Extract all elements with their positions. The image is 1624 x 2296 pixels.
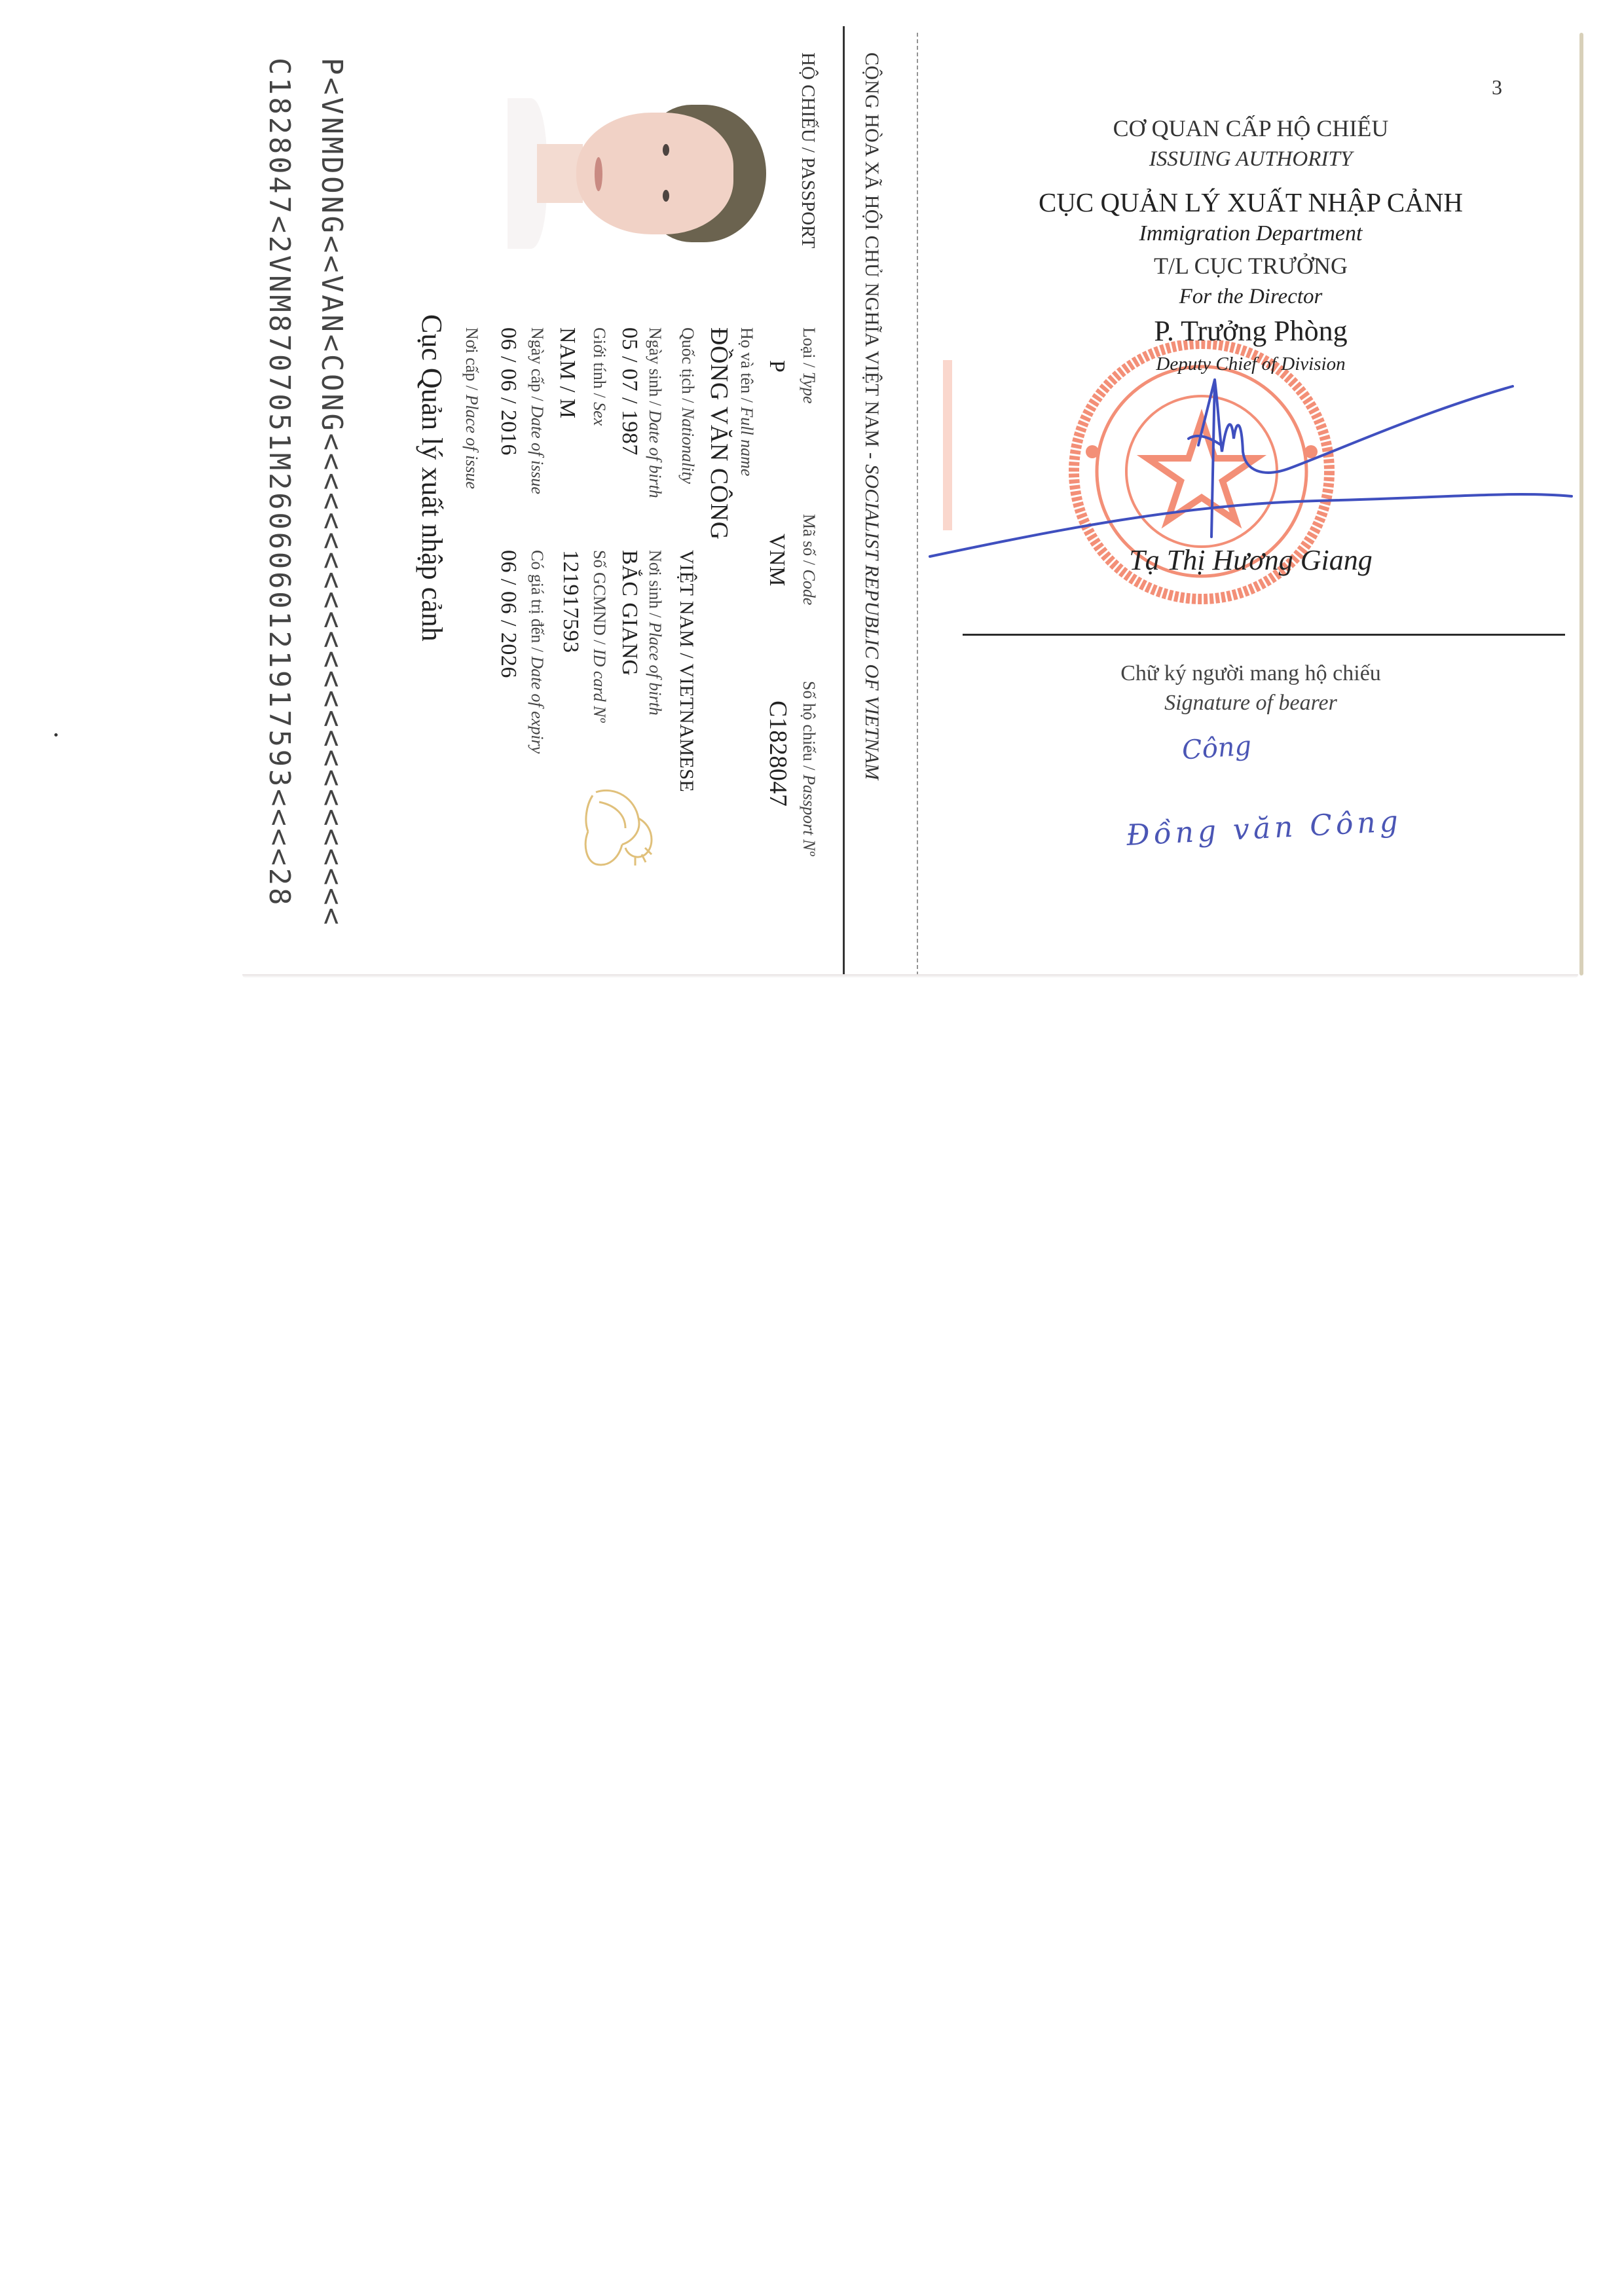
sex-value: NAM / M — [555, 327, 580, 419]
page-fold-line — [917, 33, 918, 975]
data-page-content: CỘNG HÒA XÃ HỘI CHỦ NGHĨA VIỆT NAM - SOC… — [236, 26, 917, 977]
mrz-line-2: C1828047<2VNM8707051M2606060121917593<<<… — [263, 58, 296, 907]
department-vn: CỤC QUẢN LÝ XUẤT NHẬP CẢNH — [923, 187, 1578, 218]
department-en: Immigration Department — [923, 221, 1578, 246]
passport-data-page: CỘNG HÒA XÃ HỘI CHỦ NGHĨA VIỆT NAM - SOC… — [236, 26, 917, 977]
signature-divider — [963, 634, 1565, 636]
date-of-birth-value: 05 / 07 / 1987 — [617, 327, 642, 456]
date-of-issue-label: Ngày cấp / Date of issue — [527, 327, 547, 494]
passport-number-label: Số hộ chiếu / Passport Nº — [799, 681, 819, 856]
passport-number-value: C1828047 — [764, 701, 792, 807]
nationality-value: VIỆT NAM / VIETNAMESE — [675, 550, 697, 792]
document-title: HỘ CHIẾU / PASSPORT — [797, 52, 819, 248]
code-value: VNM — [764, 534, 789, 587]
date-of-expiry-value: 06 / 06 / 2026 — [496, 550, 521, 678]
bearer-signature-label-vn: Chữ ký người mang hộ chiếu — [923, 661, 1578, 686]
full-name-value: ĐỒNG VĂN CÔNG — [705, 327, 733, 540]
deputy-title-vn: P. Trưởng Phòng — [923, 314, 1578, 348]
sex-label: Giới tính / Sex — [589, 327, 609, 426]
holder-photo — [491, 52, 779, 288]
date-of-expiry-label: Có giá trị đến / Date of expiry — [527, 550, 547, 754]
date-of-birth-label: Ngày sinh / Date of birth — [645, 327, 665, 498]
deputy-title-en: Deputy Chief of Division — [923, 354, 1578, 375]
place-of-birth-value: BẮC GIANG — [617, 550, 642, 676]
header-rule — [843, 26, 845, 977]
director-vn: T/L CỤC TRƯỞNG — [923, 252, 1578, 280]
place-of-issue-value: Cục Quản lý xuất nhập cảnh — [415, 314, 449, 642]
code-label: Mã số / Code — [799, 514, 819, 605]
page-right-edge — [1579, 33, 1583, 975]
place-of-issue-label: Nơi cấp / Place of issue — [462, 327, 481, 489]
scan-speck — [54, 733, 58, 737]
issuing-authority-page: 3 CƠ QUAN CẤP HỘ CHIẾU ISSUING AUTHORITY… — [923, 26, 1578, 975]
id-card-value: 121917593 — [558, 550, 583, 653]
bearer-signature-label-en: Signature of bearer — [923, 691, 1578, 716]
type-label: Loại / Type — [799, 327, 819, 404]
republic-header: CỘNG HÒA XÃ HỘI CHỦ NGHĨA VIỆT NAM - SOC… — [860, 52, 883, 780]
signer-name: Tạ Thị Hương Giang — [923, 543, 1578, 577]
mrz-line-1: P<VNMDONG<<VAN<CONG<<<<<<<<<<<<<<<<<<<<<… — [315, 58, 348, 927]
id-card-label: Số GCMND / ID card Nº — [589, 550, 609, 723]
bearer-signature-short: Công — [1181, 731, 1253, 765]
director-en: For the Director — [923, 285, 1578, 309]
issuing-authority-en: ISSUING AUTHORITY — [923, 147, 1578, 172]
full-name-label: Họ và tên / Full name — [737, 327, 756, 476]
emblem-watermark-icon — [576, 779, 661, 877]
place-of-birth-label: Nơi sinh / Place of birth — [645, 550, 665, 716]
bearer-signature-full: Đồng văn Công — [1126, 805, 1403, 852]
official-stamp-icon — [923, 340, 1578, 642]
date-of-issue-value: 06 / 06 / 2016 — [496, 327, 521, 456]
type-value: P — [764, 360, 789, 373]
issuing-authority-vn: CƠ QUAN CẤP HỘ CHIẾU — [923, 115, 1578, 142]
page-number: 3 — [1492, 75, 1502, 100]
nationality-label: Quốc tịch / Nationality — [678, 327, 697, 484]
